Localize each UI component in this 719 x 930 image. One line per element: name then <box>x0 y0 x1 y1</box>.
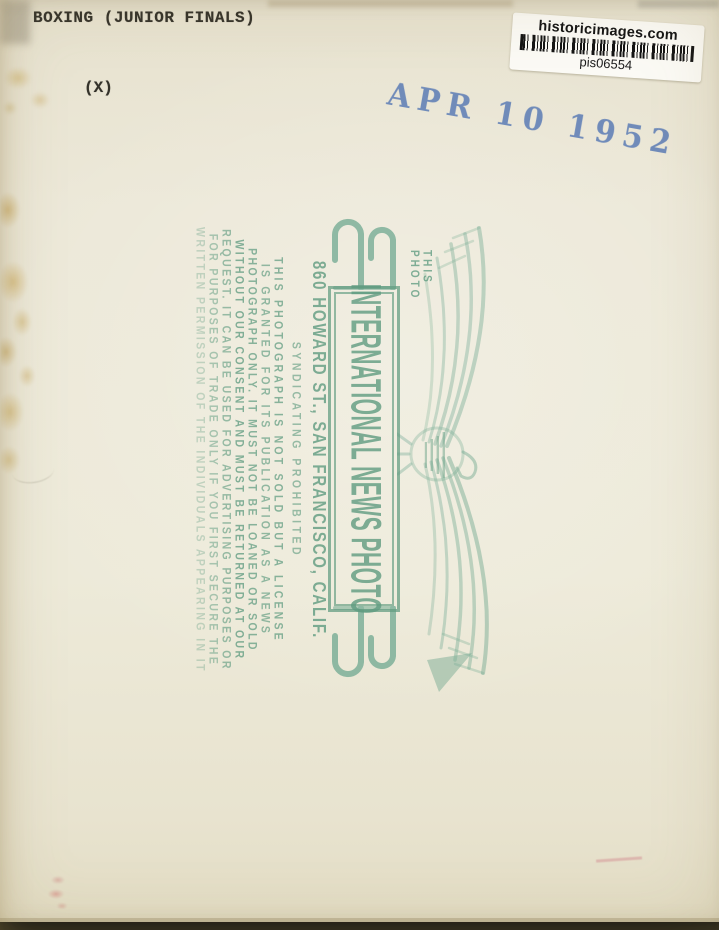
pink-scratch-bottom-right <box>596 856 642 862</box>
ins-banner-inner: INTERNATIONAL NEWS PHOTO <box>334 292 394 606</box>
ins-banner-text: INTERNATIONAL NEWS PHOTO <box>339 284 388 615</box>
historicimages-sticker: historicimages.com pis06554 <box>509 12 705 82</box>
red-smudge-bottom-left <box>44 872 74 912</box>
this-photo-label: THIS PHOTO <box>407 250 431 300</box>
ins-stamp: THIS PHOTO INTERNATIONAL NEWS PHOTO 860 … <box>183 200 497 700</box>
pencil-squiggle <box>11 457 56 486</box>
ins-notice-line: THIS PHOTOGRAPH IS NOT SOLD BUT A LICENS… <box>271 200 284 700</box>
ins-notice-line: REQUEST. IT CAN BE USED FOR ADVERTISING … <box>219 200 232 700</box>
paper-stain-left-foxing <box>0 170 44 482</box>
ins-banner: INTERNATIONAL NEWS PHOTO <box>328 286 400 612</box>
paper-stain-top-edge <box>268 0 513 7</box>
typed-mark: (X) <box>84 79 113 97</box>
this-photo-line1: THIS <box>420 250 432 300</box>
banner-scroll-right-icon <box>320 606 405 688</box>
ins-notice-line: FOR PURPOSES OF TRADE ONLY IF YOU FIRST … <box>206 200 219 700</box>
ins-notice-line: SYNDICATING PROHIBITED <box>289 200 302 700</box>
ins-address: 860 HOWARD ST., SAN FRANCISCO, CALIF. <box>308 200 329 700</box>
this-photo-line2: PHOTO <box>407 250 419 300</box>
date-stamp: APR 10 1952 <box>385 76 681 163</box>
paper-stain-left-cluster <box>0 48 70 128</box>
paper-stain-top-right-corner <box>638 0 719 8</box>
barcode-code: pis06554 <box>579 55 633 73</box>
paper-stain-top-left-corner <box>0 0 30 44</box>
scan-bottom-edge <box>0 922 719 930</box>
ins-notice-line: PHOTOGRAPH ONLY. IT MUST NOT BE LOANED O… <box>245 200 258 700</box>
ins-notice-line: WRITTEN PERMISSION OF THE INDIVIDUALS AP… <box>193 200 206 700</box>
banner-scroll-left-icon <box>320 208 405 290</box>
typed-caption: BOXING (JUNIOR FINALS) <box>33 9 255 27</box>
ins-notice-line: IS GRANTED FOR ITS PUBLICATION AS A NEWS <box>258 200 271 700</box>
ins-notice-line: WITHOUT OUR CONSENT AND MUST BE RETURNED… <box>232 200 245 700</box>
